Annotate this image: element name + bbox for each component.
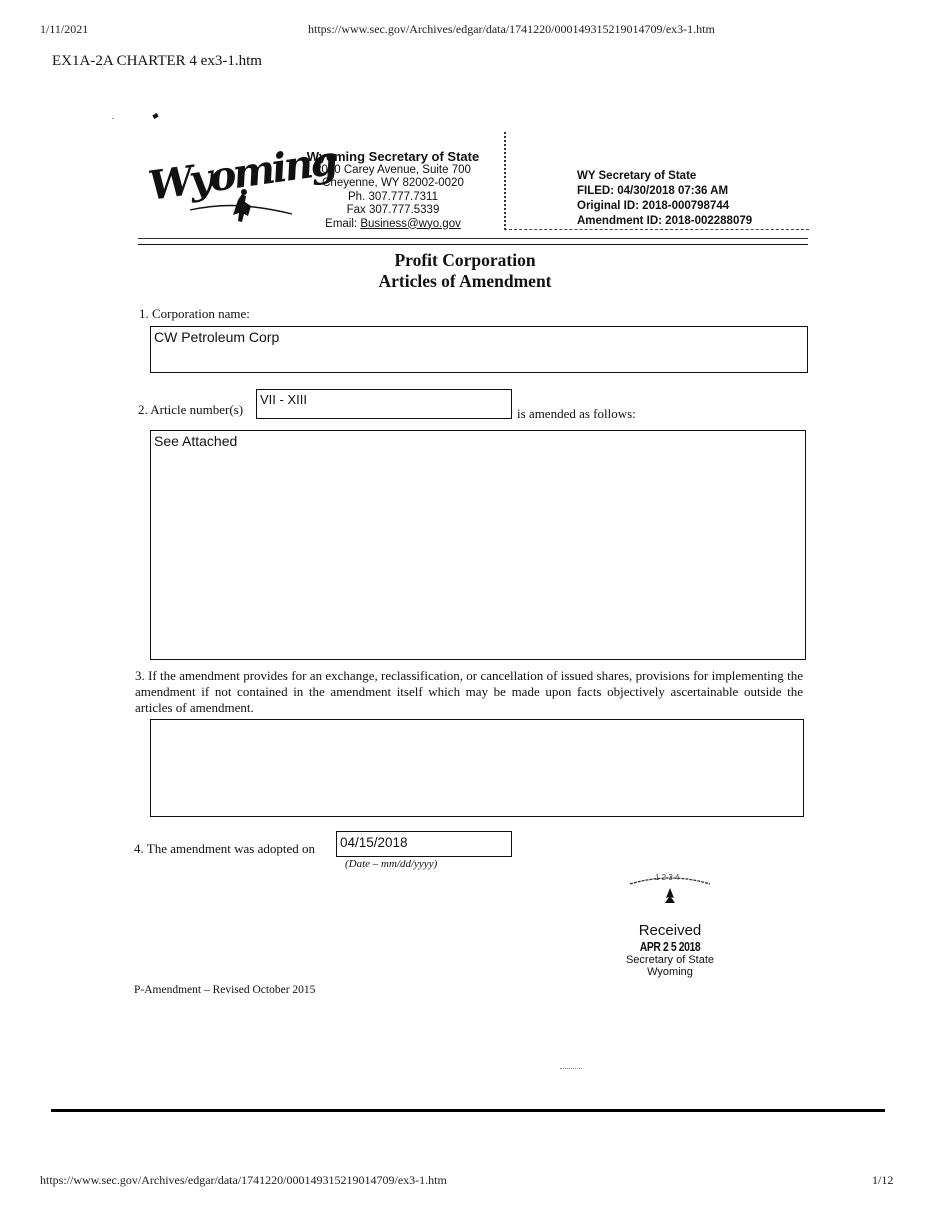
office-address-block: Wyoming Secretary of State 2020 Carey Av… xyxy=(296,150,490,231)
page-bottom-rule xyxy=(51,1109,885,1112)
amendment-text-value: See Attached xyxy=(154,433,237,449)
share-provisions-field[interactable] xyxy=(150,719,804,817)
corporation-name-field[interactable]: CW Petroleum Corp xyxy=(150,326,808,373)
amended-as-follows-label: is amended as follows: xyxy=(517,406,636,422)
received-label: Received xyxy=(610,922,730,939)
filing-stamp: WY Secretary of State FILED: 04/30/2018 … xyxy=(577,169,752,229)
scan-speck xyxy=(560,1068,582,1070)
print-page-number: 1/12 xyxy=(872,1173,893,1188)
document-label: EX1A-2A CHARTER 4 ex3-1.htm xyxy=(52,53,262,70)
received-date: APR 2 5 2018 xyxy=(622,939,718,954)
stamp-dial-numbers: 1 2 3 4 xyxy=(655,873,680,882)
bucking-horse-icon xyxy=(188,186,298,228)
adoption-date-label: 4. The amendment was adopted on xyxy=(134,841,315,857)
date-format-hint: (Date – mm/dd/yyyy) xyxy=(345,858,437,870)
fax-number: Fax 307.777.5339 xyxy=(296,204,490,218)
email-line: Email: Business@wyo.gov xyxy=(296,218,490,232)
stamp-dial-icon: 1 2 3 4 xyxy=(610,868,730,908)
email-label: Email: xyxy=(325,218,360,230)
email-link[interactable]: Business@wyo.gov xyxy=(360,218,461,230)
form-title-line-2: Articles of Amendment xyxy=(300,271,630,292)
article-numbers-field[interactable]: VII - XIII xyxy=(256,389,512,419)
header-rule-top xyxy=(138,238,808,239)
wyoming-logo: Wyoming xyxy=(148,148,288,228)
address-line-2: Cheyenne, WY 82002-0020 xyxy=(296,177,490,191)
filing-office: WY Secretary of State xyxy=(577,169,752,184)
form-title-line-1: Profit Corporation xyxy=(300,250,630,271)
adoption-date-field[interactable]: 04/15/2018 xyxy=(336,831,512,857)
stamp-divider-vertical xyxy=(504,132,506,230)
phone-number: Ph. 307.777.7311 xyxy=(296,191,490,205)
adoption-date-value: 04/15/2018 xyxy=(340,835,408,850)
amendment-text-field[interactable]: See Attached xyxy=(150,430,806,660)
article-numbers-value: VII - XIII xyxy=(260,392,307,407)
received-state: Wyoming xyxy=(610,966,730,978)
scan-speck xyxy=(112,118,114,119)
received-stamp: 1 2 3 4 Received APR 2 5 2018 Secretary … xyxy=(610,868,730,978)
header-rule-bottom xyxy=(138,244,808,245)
corporation-name-value: CW Petroleum Corp xyxy=(154,329,279,345)
scan-speck xyxy=(152,113,158,119)
form-revision: P-Amendment – Revised October 2015 xyxy=(134,984,315,996)
office-title: Wyoming Secretary of State xyxy=(296,150,490,164)
print-url-footer[interactable]: https://www.sec.gov/Archives/edgar/data/… xyxy=(40,1173,447,1188)
filed-timestamp: FILED: 04/30/2018 07:36 AM xyxy=(577,184,752,199)
print-url-header[interactable]: https://www.sec.gov/Archives/edgar/data/… xyxy=(308,22,715,37)
received-office: Secretary of State xyxy=(610,954,730,966)
address-line-1: 2020 Carey Avenue, Suite 700 xyxy=(296,164,490,178)
share-provisions-label: 3. If the amendment provides for an exch… xyxy=(135,668,803,716)
form-title: Profit Corporation Articles of Amendment xyxy=(300,250,630,292)
print-date: 1/11/2021 xyxy=(40,22,88,37)
amendment-id: Amendment ID: 2018-002288079 xyxy=(577,214,752,229)
original-id: Original ID: 2018-000798744 xyxy=(577,199,752,214)
stamp-divider-horizontal xyxy=(504,229,809,230)
article-numbers-label: 2. Article number(s) xyxy=(138,402,243,418)
corporation-name-label: 1. Corporation name: xyxy=(139,306,250,322)
